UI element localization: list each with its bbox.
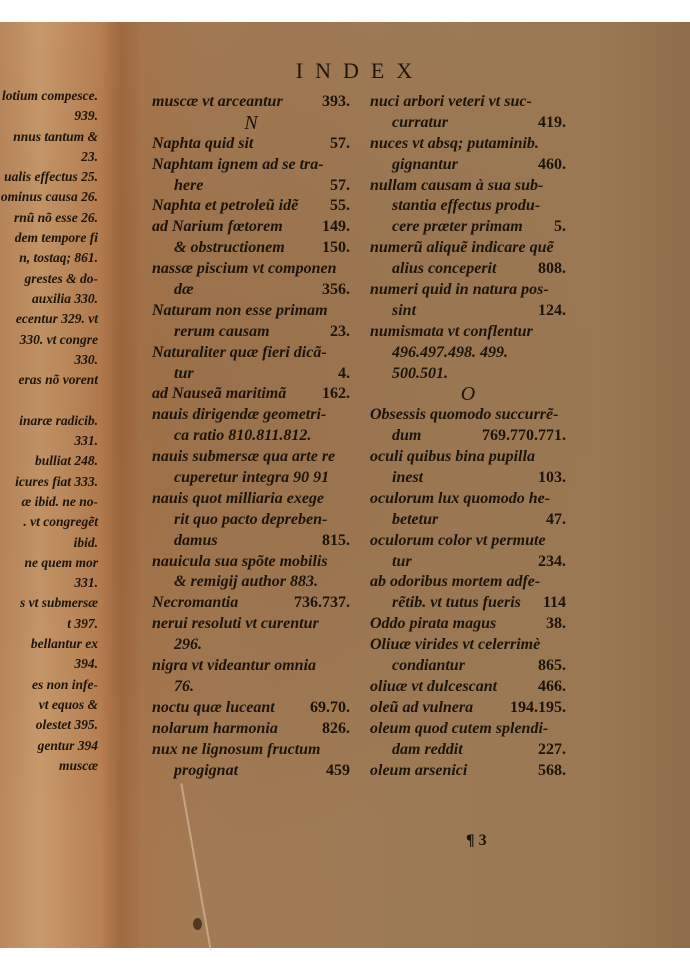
index-entry: oliuæ vt dulcescant466. bbox=[370, 677, 566, 698]
page-reference: 808. bbox=[538, 259, 566, 280]
entry-text: nauis quot milliaria exege bbox=[152, 490, 324, 507]
page-reference: 69.70. bbox=[310, 698, 350, 719]
entry-text: nuces vt absq; putaminib. bbox=[370, 135, 539, 152]
entry-text: Necromantia bbox=[152, 594, 238, 611]
index-entry: oleum arsenici568. bbox=[370, 761, 566, 782]
fragment-line: 394. bbox=[0, 654, 98, 674]
entry-text: 496.497.498. 499. bbox=[392, 344, 508, 361]
index-entry: Obsessis quomodo succurrẽ- bbox=[370, 405, 566, 426]
page-reference: 459 bbox=[326, 761, 350, 782]
entry-text: nigra vt videantur omnia bbox=[152, 657, 316, 674]
index-column-middle: muscæ vt arceantur393.NNaphta quid sit57… bbox=[152, 92, 350, 781]
section-letter: N bbox=[152, 113, 350, 134]
entry-text: rẽtib. vt tutus fueris bbox=[392, 594, 521, 611]
entry-text: tur bbox=[392, 553, 412, 570]
fragment-line: lotium compesce. bbox=[0, 86, 98, 106]
entry-text: nuci arbori veteri vt suc- bbox=[370, 93, 532, 110]
entry-text: 500.501. bbox=[392, 365, 448, 382]
fragment-line: ne quem mor bbox=[0, 553, 98, 573]
index-entry: nauis dirigendæ geometri- bbox=[152, 405, 350, 426]
index-entry: sint124. bbox=[370, 301, 566, 322]
index-entry: & obstructionem150. bbox=[152, 238, 350, 259]
entry-text: neruі resoluti vt curentur bbox=[152, 615, 319, 632]
index-entry: 76. bbox=[152, 677, 350, 698]
section-letter: O bbox=[370, 384, 566, 405]
index-entry: here57. bbox=[152, 176, 350, 197]
index-entry: dum769.770.771. bbox=[370, 426, 566, 447]
page-reference: 149. bbox=[322, 217, 350, 238]
entry-text: oleum quod cutem splendi- bbox=[370, 720, 548, 737]
fragment-line: eras nõ vorent bbox=[0, 370, 98, 390]
index-entry: rerum causam23. bbox=[152, 322, 350, 343]
fragment-line: 331. bbox=[0, 573, 98, 593]
fragment-line: ibid. bbox=[0, 533, 98, 553]
entry-text: curratur bbox=[392, 114, 448, 131]
entry-text: nassæ piscium vt componen bbox=[152, 260, 336, 277]
entry-text: N bbox=[244, 112, 257, 134]
fragment-line: 23. bbox=[0, 147, 98, 167]
index-entry: numismata vt conflentur bbox=[370, 322, 566, 343]
fragment-line: 330. bbox=[0, 350, 98, 370]
index-entry: Oddo pirata magus38. bbox=[370, 614, 566, 635]
fragment-line: bellantur ex bbox=[0, 634, 98, 654]
index-entry: nullam causam à sua sub- bbox=[370, 176, 566, 197]
fragment-line: rnũ nõ esse 26. bbox=[0, 208, 98, 228]
index-entry: Naturaliter quæ fieri dicã- bbox=[152, 343, 350, 364]
index-entry: rit quo pacto depreben- bbox=[152, 510, 350, 531]
entry-text: oculi quibus bina pupilla bbox=[370, 448, 535, 465]
entry-text: nauicula sua spõte mobilis bbox=[152, 553, 328, 570]
entry-text: ca ratio 810.811.812. bbox=[174, 427, 311, 444]
entry-text: noctu quæ luceant bbox=[152, 699, 275, 716]
entry-text: damus bbox=[174, 532, 218, 549]
entry-text: Naphta et petroleũ idẽ bbox=[152, 197, 298, 214]
index-entry: damus815. bbox=[152, 531, 350, 552]
page-reference: 23. bbox=[330, 322, 350, 343]
entry-text: dæ bbox=[174, 281, 194, 298]
entry-text: oleũ ad vulnera bbox=[370, 699, 473, 716]
entry-text: Naphtam ignem ad se tra- bbox=[152, 156, 324, 173]
entry-text: cuperetur integra 90 91 bbox=[174, 469, 329, 486]
fragment-line: vt equos & bbox=[0, 695, 98, 715]
entry-text: nullam causam à sua sub- bbox=[370, 177, 543, 194]
index-entry: nauis quot milliaria exege bbox=[152, 489, 350, 510]
page-reference: 57. bbox=[330, 176, 350, 197]
page-reference: 568. bbox=[538, 761, 566, 782]
index-entry: rẽtib. vt tutus fueris114 bbox=[370, 593, 566, 614]
index-entry: curratur419. bbox=[370, 113, 566, 134]
index-entry: 496.497.498. 499. bbox=[370, 343, 566, 364]
page-reference: 114 bbox=[543, 593, 566, 614]
page-reference: 736.737. bbox=[294, 593, 350, 614]
page-reference: 5. bbox=[554, 217, 566, 238]
fragment-line: auxilia 330. bbox=[0, 289, 98, 309]
index-entry: stantia effectus produ- bbox=[370, 196, 566, 217]
entry-text: ab odoribus mortem adfe- bbox=[370, 573, 540, 590]
fragment-line: dem tempore fi bbox=[0, 228, 98, 248]
fragment-line: ualis effectus 25. bbox=[0, 167, 98, 187]
entry-text: progignat bbox=[174, 762, 238, 779]
fragment-line: æ ibid. ne no- bbox=[0, 492, 98, 512]
fragment-line bbox=[0, 390, 98, 410]
left-page-fragment: lotium compesce.939.nnus tantum &23.uali… bbox=[0, 86, 98, 776]
entry-text: nolarum harmonia bbox=[152, 720, 278, 737]
index-entry: nolarum harmonia826. bbox=[152, 719, 350, 740]
index-entry: 296. bbox=[152, 635, 350, 656]
entry-text: & obstructionem bbox=[174, 239, 285, 256]
fragment-line: t 397. bbox=[0, 614, 98, 634]
entry-text: sint bbox=[392, 302, 416, 319]
index-entry: gignantur460. bbox=[370, 155, 566, 176]
index-entry: nux ne lignosum fructum bbox=[152, 740, 350, 761]
entry-text: stantia effectus produ- bbox=[392, 197, 540, 214]
index-entry: Necromantia736.737. bbox=[152, 593, 350, 614]
index-entry: betetur47. bbox=[370, 510, 566, 531]
fragment-line: ominus causa 26. bbox=[0, 187, 98, 207]
index-entry: nassæ piscium vt componen bbox=[152, 259, 350, 280]
index-entry: numeri quid in natura pos- bbox=[370, 280, 566, 301]
entry-text: Obsessis quomodo succurrẽ- bbox=[370, 406, 558, 423]
index-entry: nauis submersæ qua arte re bbox=[152, 447, 350, 468]
page-reference: 466. bbox=[538, 677, 566, 698]
fragment-line: 331. bbox=[0, 431, 98, 451]
fragment-line: olestet 395. bbox=[0, 715, 98, 735]
fragment-line: inaræ radicib. bbox=[0, 411, 98, 431]
index-entry: 500.501. bbox=[370, 364, 566, 385]
entry-text: muscæ vt arceantur bbox=[152, 93, 283, 110]
entry-text: & remigij author 883. bbox=[174, 573, 318, 590]
page-reference: 393. bbox=[322, 92, 350, 113]
index-entry: ca ratio 810.811.812. bbox=[152, 426, 350, 447]
entry-text: tur bbox=[174, 365, 194, 382]
entry-text: rit quo pacto depreben- bbox=[174, 511, 327, 528]
page-reference: 103. bbox=[538, 468, 566, 489]
fragment-line: 939. bbox=[0, 106, 98, 126]
index-entry: ab odoribus mortem adfe- bbox=[370, 572, 566, 593]
entry-text: numismata vt conflentur bbox=[370, 323, 533, 340]
index-entry: condiantur865. bbox=[370, 656, 566, 677]
book-gutter bbox=[100, 22, 140, 948]
page-reference: 38. bbox=[546, 614, 566, 635]
page-reference: 227. bbox=[538, 740, 566, 761]
fragment-line: nnus tantum & bbox=[0, 127, 98, 147]
index-entry: tur4. bbox=[152, 364, 350, 385]
index-entry: Oliuæ virides vt celerrimè bbox=[370, 635, 566, 656]
index-entry: Naphtam ignem ad se tra- bbox=[152, 155, 350, 176]
signature-mark: ¶ 3 bbox=[466, 832, 487, 850]
page-reference: 55. bbox=[330, 196, 350, 217]
fragment-line: bulliat 248. bbox=[0, 451, 98, 471]
page-reference: 124. bbox=[538, 301, 566, 322]
entry-text: ad Narium fœtorem bbox=[152, 218, 283, 235]
page-reference: 4. bbox=[338, 364, 350, 385]
index-entry: cere præter primam5. bbox=[370, 217, 566, 238]
index-entry: oculi quibus bina pupilla bbox=[370, 447, 566, 468]
index-entry: ad Narium fœtorem149. bbox=[152, 217, 350, 238]
entry-text: oculorum color vt permute bbox=[370, 532, 546, 549]
fragment-line: gentur 394 bbox=[0, 736, 98, 756]
page-reference: 419. bbox=[538, 113, 566, 134]
entry-text: here bbox=[174, 177, 203, 194]
fragment-line: 330. vt congre bbox=[0, 330, 98, 350]
entry-text: Oliuæ virides vt celerrimè bbox=[370, 636, 540, 653]
entry-text: Naphta quid sit bbox=[152, 135, 253, 152]
index-entry: tur234. bbox=[370, 552, 566, 573]
fragment-line: icures fiat 333. bbox=[0, 472, 98, 492]
entry-text: nauis submersæ qua arte re bbox=[152, 448, 335, 465]
index-entry: dam reddit227. bbox=[370, 740, 566, 761]
page-reference: 150. bbox=[322, 238, 350, 259]
index-entry: oleum quod cutem splendi- bbox=[370, 719, 566, 740]
entry-text: inest bbox=[392, 469, 423, 486]
fragment-line: . vt congregẽt bbox=[0, 512, 98, 532]
fragment-line: es non infe- bbox=[0, 675, 98, 695]
fragment-line: muscæ bbox=[0, 756, 98, 776]
index-entry: muscæ vt arceantur393. bbox=[152, 92, 350, 113]
index-entry: ad Nauseã maritimã162. bbox=[152, 384, 350, 405]
entry-text: ad Nauseã maritimã bbox=[152, 385, 286, 402]
entry-text: 296. bbox=[174, 636, 202, 653]
entry-text: 76. bbox=[174, 678, 194, 695]
index-entry: oculorum lux quomodo he- bbox=[370, 489, 566, 510]
fragment-line: ecentur 329. vt bbox=[0, 309, 98, 329]
page-reference: 826. bbox=[322, 719, 350, 740]
index-entry: nuces vt absq; putaminib. bbox=[370, 134, 566, 155]
entry-text: oliuæ vt dulcescant bbox=[370, 678, 497, 695]
index-entry: inest103. bbox=[370, 468, 566, 489]
index-entry: progignat459 bbox=[152, 761, 350, 782]
page-reference: 162. bbox=[322, 384, 350, 405]
index-entry: Naphta et petroleũ idẽ55. bbox=[152, 196, 350, 217]
entry-text: numeri quid in natura pos- bbox=[370, 281, 549, 298]
page-reference: 460. bbox=[538, 155, 566, 176]
entry-text: dum bbox=[392, 427, 421, 444]
index-entry: nigra vt videantur omnia bbox=[152, 656, 350, 677]
entry-text: rerum causam bbox=[174, 323, 270, 340]
index-entry: nuci arbori veteri vt suc- bbox=[370, 92, 566, 113]
entry-text: gignantur bbox=[392, 156, 458, 173]
index-entry: numerũ aliquẽ indicare quẽ bbox=[370, 238, 566, 259]
index-entry: & remigij author 883. bbox=[152, 572, 350, 593]
index-column-right: nuci arbori veteri vt suc-curratur419.nu… bbox=[370, 92, 566, 781]
entry-text: O bbox=[461, 383, 475, 405]
index-entry: noctu quæ luceant69.70. bbox=[152, 698, 350, 719]
index-entry: Naphta quid sit57. bbox=[152, 134, 350, 155]
page-header: INDEX bbox=[275, 58, 445, 84]
index-entry: alius conceperit808. bbox=[370, 259, 566, 280]
page-reference: 234. bbox=[538, 552, 566, 573]
entry-text: oculorum lux quomodo he- bbox=[370, 490, 550, 507]
entry-text: dam reddit bbox=[392, 741, 463, 758]
entry-text: betetur bbox=[392, 511, 438, 528]
entry-text: Oddo pirata magus bbox=[370, 615, 496, 632]
fragment-line: n, tostaq; 861. bbox=[0, 248, 98, 268]
page-reference: 769.770.771. bbox=[482, 426, 566, 447]
index-entry: Naturam non esse primam bbox=[152, 301, 350, 322]
page-reference: 57. bbox=[330, 134, 350, 155]
page-reference: 194.195. bbox=[510, 698, 566, 719]
ink-stain bbox=[193, 918, 202, 930]
entry-text: numerũ aliquẽ indicare quẽ bbox=[370, 239, 554, 256]
entry-text: alius conceperit bbox=[392, 260, 496, 277]
index-entry: dæ356. bbox=[152, 280, 350, 301]
page-reference: 815. bbox=[322, 531, 350, 552]
fragment-line: s vt submersæ bbox=[0, 593, 98, 613]
index-entry: nauicula sua spõte mobilis bbox=[152, 552, 350, 573]
index-entry: oleũ ad vulnera194.195. bbox=[370, 698, 566, 719]
page-reference: 356. bbox=[322, 280, 350, 301]
entry-text: nauis dirigendæ geometri- bbox=[152, 406, 326, 423]
fragment-line: grestes & do- bbox=[0, 269, 98, 289]
entry-text: oleum arsenici bbox=[370, 762, 467, 779]
index-entry: oculorum color vt permute bbox=[370, 531, 566, 552]
page-reference: 865. bbox=[538, 656, 566, 677]
entry-text: nux ne lignosum fructum bbox=[152, 741, 321, 758]
index-entry: cuperetur integra 90 91 bbox=[152, 468, 350, 489]
entry-text: cere præter primam bbox=[392, 218, 523, 235]
page-reference: 47. bbox=[546, 510, 566, 531]
entry-text: condiantur bbox=[392, 657, 465, 674]
entry-text: Naturam non esse primam bbox=[152, 302, 328, 319]
entry-text: Naturaliter quæ fieri dicã- bbox=[152, 344, 327, 361]
index-entry: neruі resoluti vt curentur bbox=[152, 614, 350, 635]
